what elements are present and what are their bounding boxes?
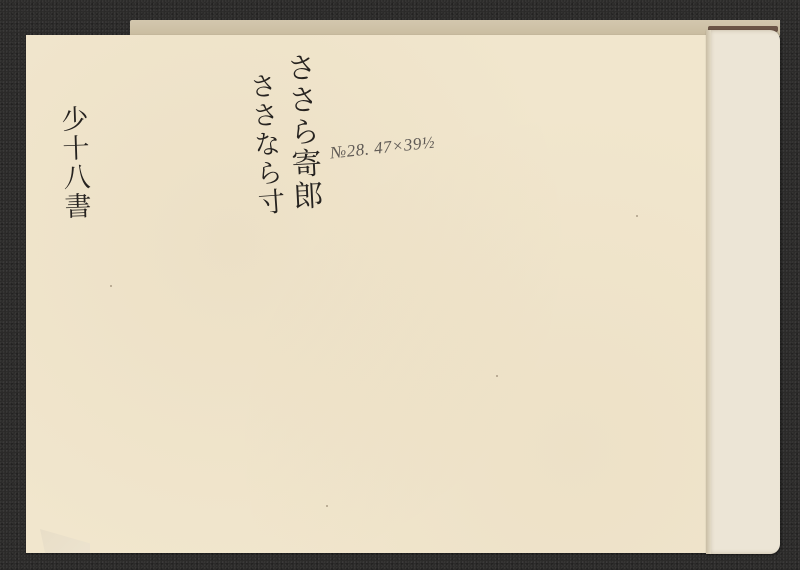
paper-speck [496,375,498,377]
handwritten-main-column: ささら寄郎 [282,51,320,212]
main-page [26,35,710,553]
paper-speck [326,505,328,507]
folded-flap [706,30,780,554]
scanned-document: 少十八書 ささら寄郎 ささなら寸 №28. 47×39½ [0,0,800,570]
page-corner-wear [40,529,90,553]
handwritten-left-column: 少十八書 [58,105,89,222]
back-sheet-edge [130,20,780,36]
paper-speck [110,285,112,287]
paper-speck [636,215,638,217]
flap-crease [706,30,711,554]
